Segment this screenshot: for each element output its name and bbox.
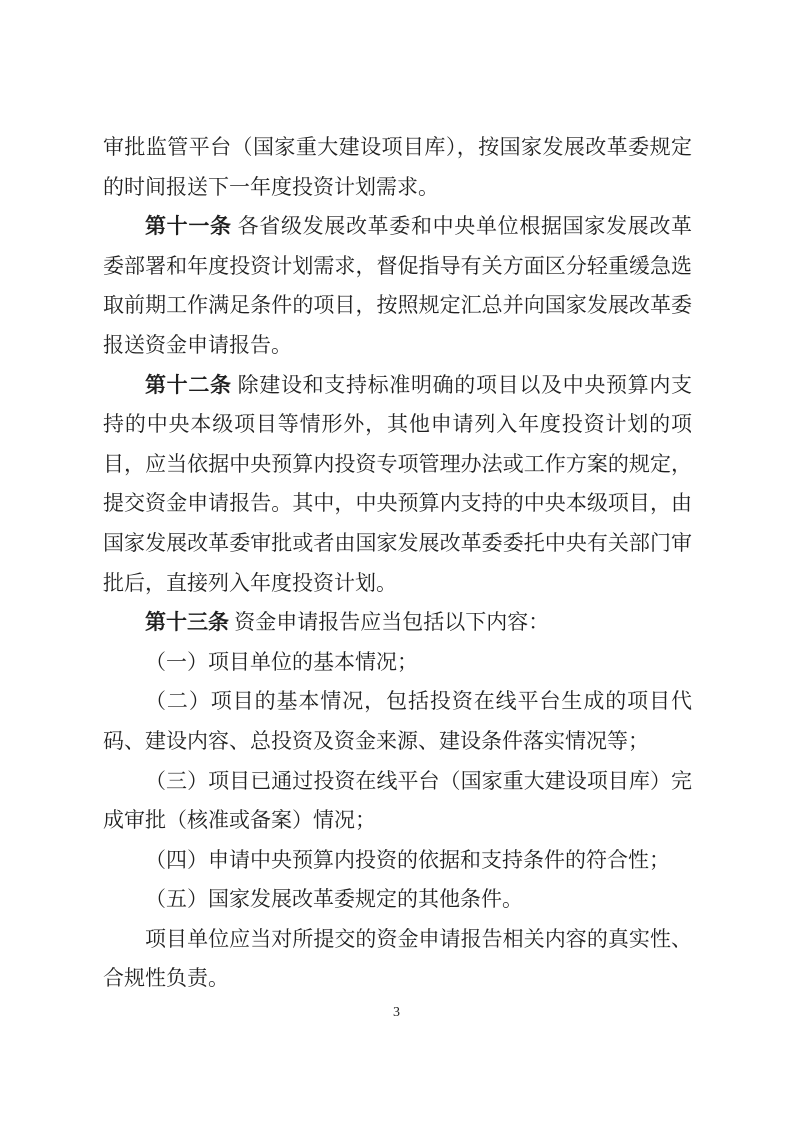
document-page: 审批监管平台（国家重大建设项目库），按国家发展改革委规定的时间报送下一年度投资计… bbox=[0, 0, 793, 1122]
paragraph-text: 审批监管平台（国家重大建设项目库），按国家发展改革委规定的时间报送下一年度投资计… bbox=[103, 135, 692, 199]
paragraph: （二）项目的基本情况，包括投资在线平台生成的项目代码、建设内容、总投资及资金来源… bbox=[103, 682, 692, 761]
page-number: 3 bbox=[393, 1005, 400, 1020]
paragraph: 第十三条 资金申请报告应当包括以下内容： bbox=[103, 603, 692, 643]
article-number: 第十一条 bbox=[145, 214, 232, 238]
paragraph-text: （一）项目单位的基本情况； bbox=[145, 650, 418, 674]
paragraph: （五）国家发展改革委规定的其他条件。 bbox=[103, 880, 692, 920]
page-footer: 3 bbox=[0, 1003, 793, 1023]
paragraph-text: （四）申请中央预算内投资的依据和支持条件的符合性； bbox=[145, 848, 670, 872]
document-body: 审批监管平台（国家重大建设项目库），按国家发展改革委规定的时间报送下一年度投资计… bbox=[103, 128, 692, 999]
paragraph-text: （二）项目的基本情况，包括投资在线平台生成的项目代码、建设内容、总投资及资金来源… bbox=[103, 689, 692, 753]
article-number: 第十三条 bbox=[145, 610, 229, 634]
paragraph-text: 除建设和支持标准明确的项目以及中央预算内支持的中央本级项目等情形外，其他申请列入… bbox=[103, 373, 692, 595]
paragraph-text: （三）项目已通过投资在线平台（国家重大建设项目库）完成审批（核准或备案）情况； bbox=[103, 769, 692, 833]
paragraph: （四）申请中央预算内投资的依据和支持条件的符合性； bbox=[103, 841, 692, 881]
paragraph-text: （五）国家发展改革委规定的其他条件。 bbox=[145, 887, 523, 911]
article-number: 第十二条 bbox=[145, 373, 232, 397]
paragraph: （一）项目单位的基本情况； bbox=[103, 643, 692, 683]
paragraph: 审批监管平台（国家重大建设项目库），按国家发展改革委规定的时间报送下一年度投资计… bbox=[103, 128, 692, 207]
paragraph: （三）项目已通过投资在线平台（国家重大建设项目库）完成审批（核准或备案）情况； bbox=[103, 762, 692, 841]
paragraph: 项目单位应当对所提交的资金申请报告相关内容的真实性、合规性负责。 bbox=[103, 920, 692, 999]
paragraph: 第十一条 各省级发展改革委和中央单位根据国家发展改革委部署和年度投资计划需求，督… bbox=[103, 207, 692, 365]
paragraph: 第十二条 除建设和支持标准明确的项目以及中央预算内支持的中央本级项目等情形外，其… bbox=[103, 366, 692, 604]
paragraph-text: 资金申请报告应当包括以下内容： bbox=[229, 610, 549, 634]
paragraph-text: 项目单位应当对所提交的资金申请报告相关内容的真实性、合规性负责。 bbox=[103, 927, 692, 991]
